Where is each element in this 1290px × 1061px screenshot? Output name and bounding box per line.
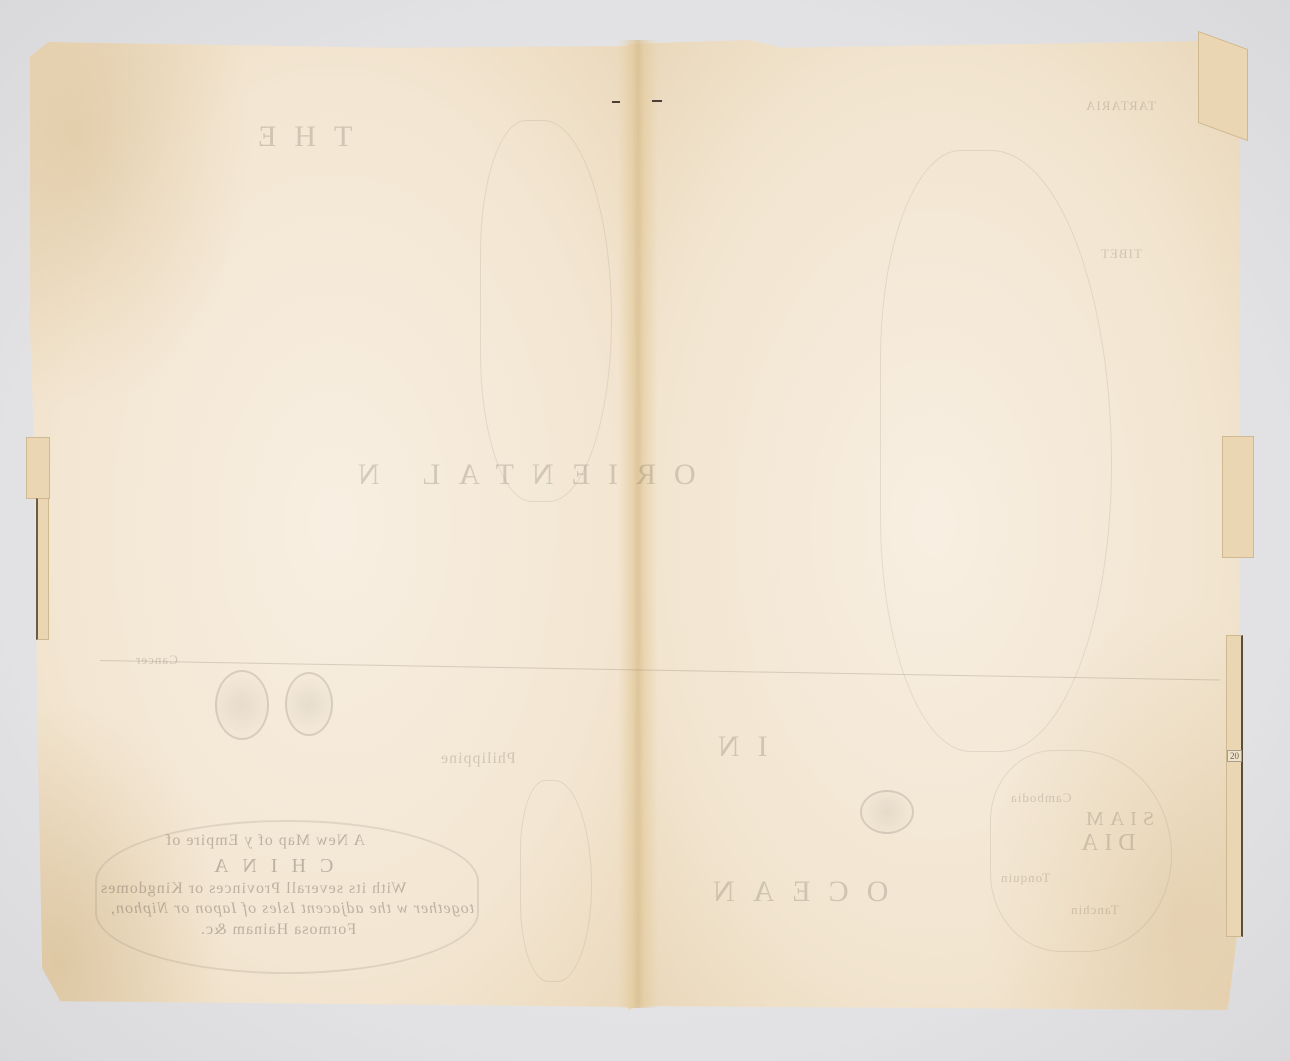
coat-of-arms-seal: [285, 672, 333, 736]
center-fold-crease: [618, 40, 658, 1008]
compass-medallion: [860, 790, 914, 834]
right-edge-repair-tab: [1222, 436, 1254, 558]
ghost-label-tibet: TIBET: [1100, 246, 1142, 262]
cartouche-line-4: together w the adjacent Isles of Iapon o…: [110, 900, 474, 918]
left-edge-repair-strip: [36, 498, 49, 640]
edge-scale-number: 20: [1227, 750, 1242, 762]
ghost-ocean-label: OCEAN: [695, 875, 888, 909]
ghost-island-label: Philippine: [440, 750, 516, 768]
cartouche-line-3: With its severall Provinces or Kingdomes: [100, 880, 406, 898]
pin-mark: [652, 100, 662, 102]
ghost-label-tartaria: TARTARIA: [1085, 98, 1156, 114]
ghost-heading-the: THE: [240, 120, 352, 154]
cartouche-line-2: CHINA: [200, 855, 333, 878]
coat-of-arms-seal: [215, 670, 269, 740]
right-edge-repair-strip: [1226, 635, 1243, 937]
top-right-corner-fold: [1198, 31, 1248, 141]
cartouche-line-1: A New Map of y Empire of: [165, 832, 365, 850]
pin-mark: [612, 101, 620, 103]
left-edge-repair-tab: [26, 437, 50, 499]
ghost-in-label: IN: [700, 730, 768, 764]
cartouche-line-5: Formosa Hainam &c.: [200, 921, 356, 939]
